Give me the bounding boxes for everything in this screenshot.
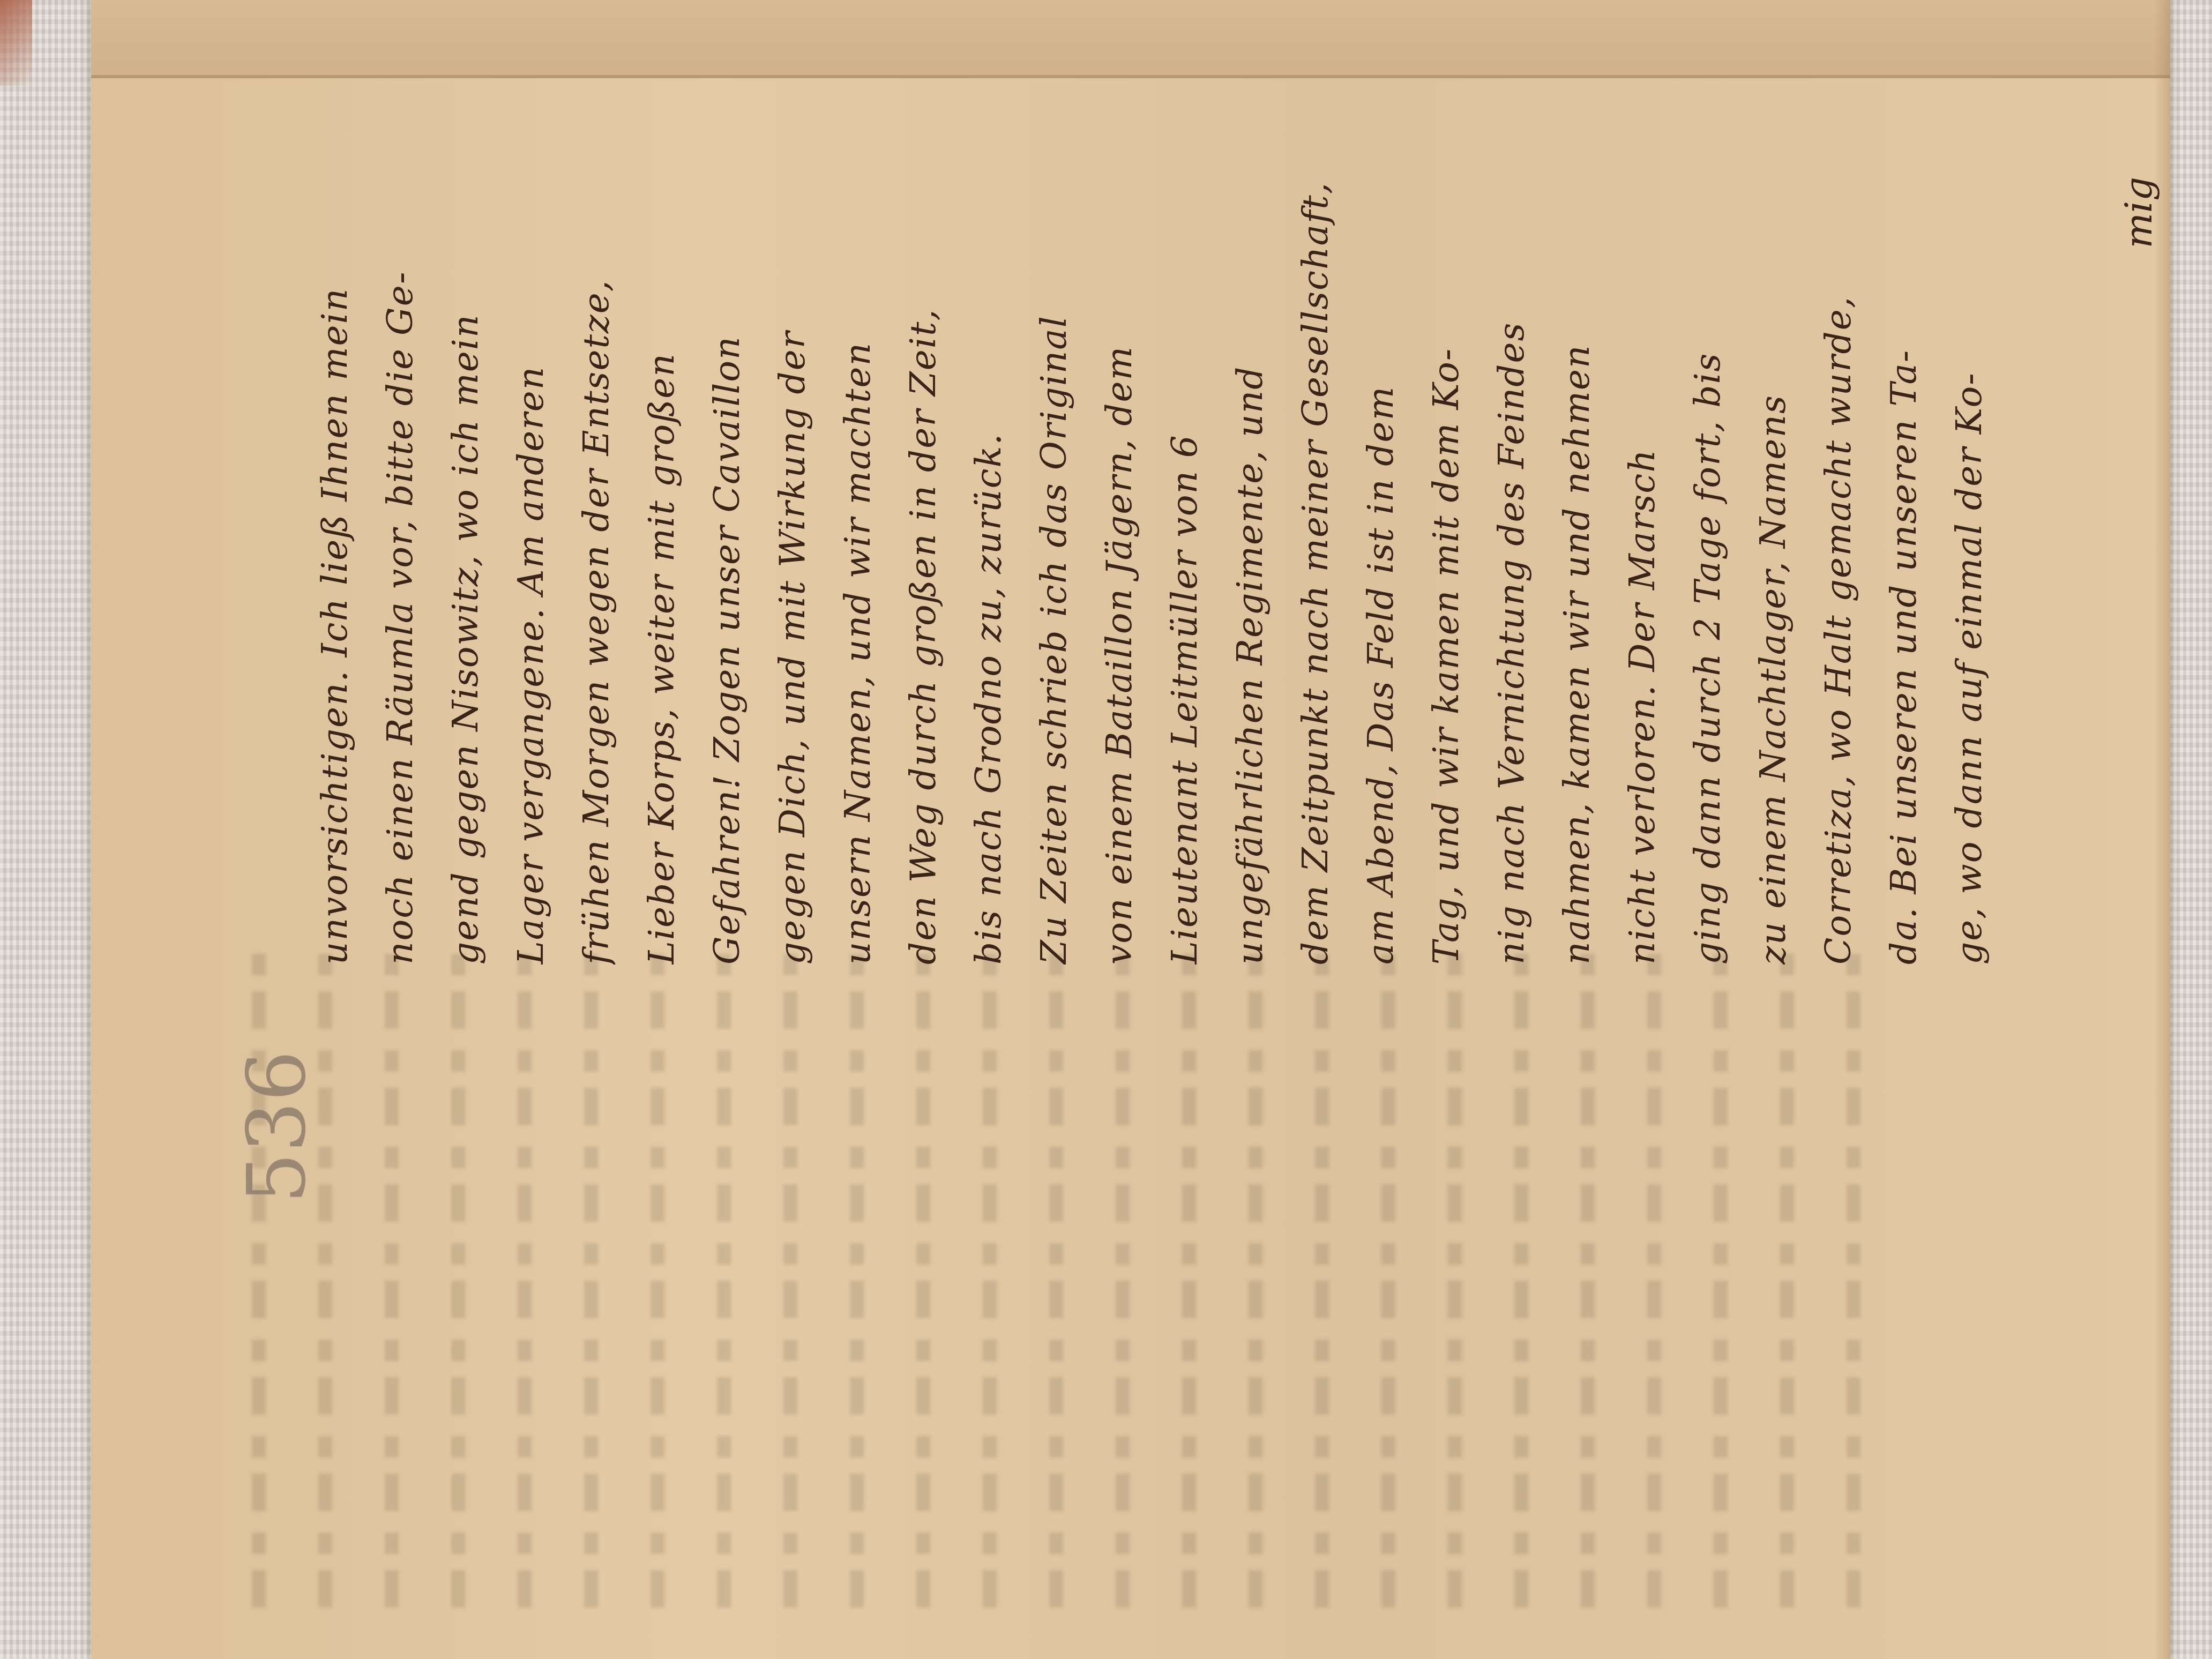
text-line: zu einem Nachtlager, Namens [1744, 118, 1803, 965]
text-line: ge, wo dann auf einmal der Ko- [1940, 118, 1999, 965]
text-line: dem Zeitpunkt nach meiner Gesellschaft, [1286, 118, 1345, 965]
text-line: Lieutenant Leitmüller von 6 [1155, 118, 1214, 965]
background-cloth-stain [0, 0, 32, 86]
text-line: frühen Morgen wegen der Entsetze, [567, 118, 626, 965]
manuscript-page: 536 unvorsichtigen. Ich ließ Ihnen mein … [91, 0, 2170, 1659]
text-line: Zu Zeiten schrieb ich das Original [1025, 118, 1083, 965]
page-number: 536 [230, 1050, 324, 1204]
text-line: ging dann durch 2 Tage fort, bis [1678, 118, 1737, 965]
text-line: Gefahren! Zogen unser Cavaillon [698, 118, 757, 965]
page-top-fold [91, 0, 2170, 78]
text-line: noch einen Räumla vor, bitte die Ge- [371, 118, 430, 965]
text-line: den Weg durch großen in der Zeit, [894, 118, 953, 965]
text-line: nicht verloren. Der Marsch [1613, 118, 1672, 965]
text-line: da. Bei unseren und unseren Ta- [1874, 118, 1933, 965]
text-line: nig nach Vernichtung des Feindes [1482, 118, 1541, 965]
page-right-edge [2154, 0, 2170, 1659]
text-line: Corretiza, wo Halt gemacht wurde, [1809, 118, 1868, 965]
text-line: am Abend, Das Feld ist in dem [1351, 118, 1410, 965]
marginal-note: mig [2117, 177, 2161, 249]
text-line: Tag, und wir kamen mit dem Ko- [1417, 118, 1476, 965]
text-line: unvorsichtigen. Ich ließ Ihnen mein [305, 118, 364, 965]
text-line: unsern Namen, und wir machten [828, 118, 887, 965]
text-line: Lager vergangene. Am anderen [502, 118, 561, 965]
text-line: gend gegen Nisowitz, wo ich mein [436, 118, 495, 965]
text-line: nahmen, kamen wir und nehmen [1548, 118, 1606, 965]
handwritten-text-block: unvorsichtigen. Ich ließ Ihnen mein noch… [305, 118, 2020, 965]
text-line: gegen Dich, und mit Wirkung der [763, 118, 822, 965]
text-line: ungefährlichen Regimente, und [1221, 118, 1280, 965]
bleed-through-text [252, 954, 2074, 1629]
text-line: Lieber Korps, weiter mit großen [632, 118, 691, 965]
text-line: von einem Bataillon Jägern, dem [1090, 118, 1149, 965]
text-line: bis nach Grodno zu, zurück. [959, 118, 1018, 965]
